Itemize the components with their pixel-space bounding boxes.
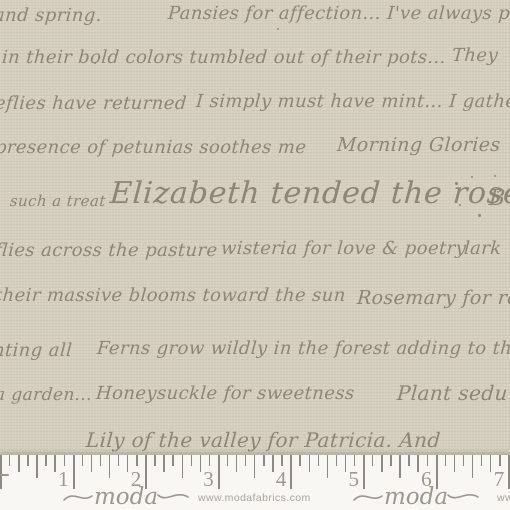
ruler-tick: [91, 455, 92, 472]
ruler-tick: [472, 455, 473, 478]
moda-url-2: www.modafabrics.com: [497, 492, 510, 504]
moda-logo-text: moda: [94, 484, 158, 510]
ruler-tick: [381, 455, 382, 472]
ruler-tick: [136, 455, 137, 466]
fabric-text-line-5-seg-2: Elizabeth tended the roses: [109, 176, 510, 211]
flourish-tail: [0, 474, 9, 476]
ruler-tick: [172, 455, 173, 466]
ruler-tick: [18, 455, 19, 472]
ruler-tick: [399, 455, 400, 478]
fabric-text-line-4-seg-2: Morning Glories: [336, 134, 501, 156]
moda-logo-text-2: moda: [384, 484, 448, 510]
fabric-text-line-6-seg-2: wisteria for love & poetry: [220, 238, 467, 259]
fabric-text-line-7-seg-1: their massive blooms toward the sun: [0, 285, 347, 306]
printed-dot: [459, 204, 461, 206]
ruler-tick: [454, 455, 455, 472]
fabric-text-line-9-seg-1: a garden...: [0, 385, 93, 405]
moda-url: www.modafabrics.com: [198, 492, 311, 504]
fabric-swatch-photo: and spring. Pansies for affection... I'v…: [0, 0, 510, 510]
fabric-text-line-3-seg-1: eflies have returned: [0, 93, 187, 114]
fabric-text-line-1-seg-2: Pansies for affection... I've always p: [167, 3, 510, 24]
ruler-strip: 1234567 moda www.modafabrics.com moda ww…: [0, 455, 510, 510]
fabric-text-line-2-seg-1: in their bold colors tumbled out of thei…: [1, 47, 446, 68]
ruler-tick: [390, 455, 391, 466]
fabric-text-line-2-seg-2: They: [451, 45, 498, 66]
ruler-tick: [227, 455, 228, 466]
moda-logo: moda: [62, 483, 190, 510]
printed-dot: [497, 191, 499, 193]
ruler-tick: [0, 455, 2, 489]
ruler-tick: [9, 455, 10, 466]
fabric-text-line-5-seg-1: such a treat: [9, 192, 106, 210]
ruler-tick: [209, 455, 210, 466]
fabric-text-line-4-seg-1: presence of petunias soothes me: [0, 137, 307, 158]
ruler-tick: [372, 455, 373, 466]
ruler-tick: [118, 455, 119, 466]
ruler-tick: [299, 455, 300, 466]
ruler-tick: [27, 455, 28, 466]
ruler-tick: [318, 455, 319, 466]
ruler-tick: [163, 455, 164, 472]
ruler-tick: [427, 455, 428, 466]
printed-dot: [478, 214, 481, 217]
ruler-tick: [408, 455, 409, 466]
ruler-tick: [82, 455, 83, 466]
printed-dot: [277, 28, 279, 30]
fabric-text-line-6-seg-1: flies across the pasture: [0, 240, 218, 261]
ruler-tick: [254, 455, 255, 478]
ruler-tick: [191, 455, 192, 466]
ruler-tick: [481, 455, 482, 466]
ruler-tick: [182, 455, 183, 478]
fabric-text-line-6-seg-3: lark: [463, 238, 502, 259]
ruler-tick: [36, 455, 37, 478]
ruler-number: 3: [190, 467, 214, 492]
ruler-tick: [463, 455, 464, 466]
fabric-text-line-8-seg-1: nting all: [0, 340, 73, 361]
printed-dot: [94, 62, 96, 64]
ruler-number: 4: [262, 467, 286, 492]
ruler-number: 7: [480, 467, 504, 492]
ruler-tick: [281, 455, 282, 466]
printed-dot: [471, 176, 473, 178]
printed-dot: [455, 182, 458, 185]
ruler-tick: [100, 455, 101, 466]
fabric-text-line-3-seg-2: I simply must have mint... I gathe: [195, 91, 510, 112]
ruler-tick: [263, 455, 264, 466]
fabric-text-line-10-seg-1: Lily of the valley for Patricia. And: [85, 428, 441, 452]
ruler-tick: [45, 455, 46, 466]
ruler-tick: [64, 455, 65, 466]
ruler-tick: [354, 455, 355, 466]
ruler-tick: [236, 455, 237, 472]
ruler-tick: [327, 455, 328, 478]
fabric-text-line-8-seg-2: Ferns grow wildly in the forest adding t…: [96, 338, 510, 359]
ruler-tick: [309, 455, 310, 472]
moda-logo-2: moda: [352, 483, 480, 510]
ruler-tick: [154, 455, 155, 466]
fabric-text-line-7-seg-2: Rosemary for re: [356, 287, 510, 309]
ruler-tick: [445, 455, 446, 466]
ruler-tick: [336, 455, 337, 466]
ruler-tick: [245, 455, 246, 466]
printed-dot: [494, 175, 496, 177]
fabric-text-line-9-seg-3: Plant sedu: [396, 381, 509, 405]
fabric-text-line-9-seg-2: Honeysuckle for sweetness: [95, 383, 355, 404]
ruler-tick: [218, 455, 220, 489]
ruler-tick: [499, 455, 500, 466]
fabric-text-line-5-seg-3: B: [488, 186, 506, 211]
fabric-text-line-1-seg-1: and spring.: [0, 5, 103, 26]
ruler-tick: [290, 455, 292, 489]
ruler-tick: [109, 455, 110, 478]
